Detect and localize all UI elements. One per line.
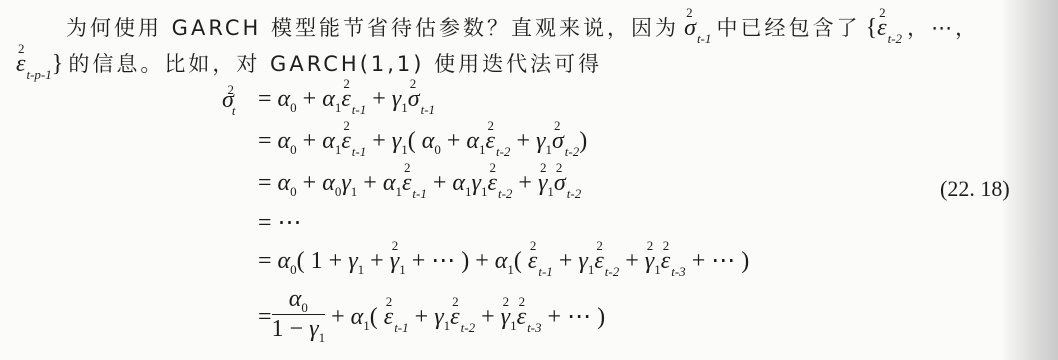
math-epsilon-set-end: ε2t-p-1} [16, 51, 63, 77]
equation-line-2: = α0+α1ε2t-1+γ1( α0+α1ε2t-2+γ1σ2t-2) [258, 128, 587, 155]
math-epsilon-set-start: {ε2t-2 [866, 15, 902, 41]
equation-line-6: =α01 − γ1+α1( ε2t-1+γ1ε2t-2+γ21ε2t-3+⋯ ) [258, 290, 605, 347]
fraction-alpha0-over-1-minus-gamma1: α01 − γ1 [272, 286, 326, 343]
paragraph-text: 中已经包含了 [716, 16, 860, 40]
equation-lhs: σt2 [222, 86, 244, 117]
paragraph-text: 为何使用 GARCH 模型能节省待估参数？直观来说，因为 [66, 16, 679, 40]
equation-number: (22. 18) [940, 176, 1010, 202]
paragraph-line-2: ε2t-p-1} 的信息。比如，对 GARCH(1,1) 使用迭代法可得 [16, 48, 602, 78]
paragraph-text: 的信息。比如，对 GARCH(1,1) 使用迭代法可得 [68, 52, 602, 76]
paragraph-text: ，⋯， [907, 16, 979, 40]
equation-line-5: = α0( 1+γ1+γ21+⋯ )+α1( ε2t-1+γ1ε2t-2+γ21… [258, 246, 749, 275]
equation-line-3: = α0+α0γ1+α1ε2t-1+α1γ1ε2t-2+γ21σ2t-2 [258, 170, 581, 197]
equation-line-4: = ⋯ [258, 208, 302, 237]
math-sigma-t-minus-1: σ2t-1 [684, 15, 711, 41]
paragraph-line-1: 为何使用 GARCH 模型能节省待估参数？直观来说，因为 σ2t-1 中已经包含… [66, 12, 979, 42]
equation-line-1: = α0+α1ε2t-1+γ1σ2t-1 [258, 86, 435, 113]
